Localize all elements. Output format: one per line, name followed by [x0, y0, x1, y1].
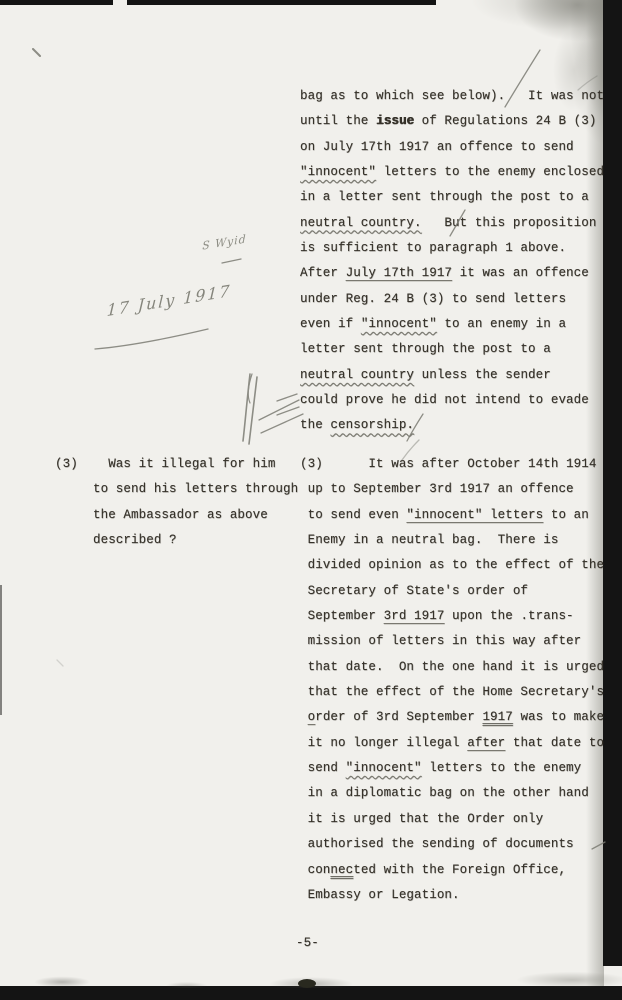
question-3-column: (3) Was it illegal for him to send his l… — [55, 452, 298, 553]
typed-line: to send even "innocent" letters to an — [300, 503, 604, 528]
typed-line: to send his letters through — [55, 477, 298, 502]
typed-line: divided opinion as to the effect of the — [300, 553, 604, 578]
typed-line: under Reg. 24 B (3) to send letters — [300, 287, 604, 312]
typed-line: neutral country. But this proposition — [300, 211, 604, 236]
typed-line: is sufficient to paragraph 1 above. — [300, 236, 604, 261]
typed-line: that the effect of the Home Secretary's — [300, 680, 604, 705]
pencil-dash-icon — [222, 259, 241, 263]
typed-line: up to September 3rd 1917 an offence — [300, 477, 604, 502]
typed-line: (3) Was it illegal for him — [55, 452, 298, 477]
pencil-margin-mark — [259, 400, 299, 420]
pencil-dash-icon — [277, 394, 297, 401]
typed-line: Enemy in a neutral bag. There is — [300, 528, 604, 553]
typed-line: the Ambassador as above — [55, 503, 298, 528]
typed-line: After July 17th 1917 it was an offence — [300, 261, 604, 286]
pencil-underline-curve — [95, 329, 208, 349]
pencil-margin-mark — [261, 414, 303, 433]
scanned-document-page: bag as to which see below). It was notun… — [0, 0, 622, 1000]
typed-line: authorised the sending of documents — [300, 832, 604, 857]
typed-line: (3) It was after October 14th 1914 — [300, 452, 604, 477]
typed-line: letter sent through the post to a — [300, 337, 604, 362]
pencil-speck-icon — [57, 660, 63, 666]
typed-line: it no longer illegal after that date to — [300, 731, 604, 756]
answer-3-column: (3) It was after October 14th 1914 up to… — [300, 452, 604, 908]
scan-left-edge — [0, 585, 2, 715]
scan-bottom-blob — [298, 979, 316, 988]
typed-line: in a diplomatic bag on the other hand — [300, 781, 604, 806]
pencil-margin-mark — [248, 374, 252, 403]
typed-line: order of 3rd September 1917 was to make — [300, 705, 604, 730]
typed-line: described ? — [55, 528, 298, 553]
typed-line: neutral country unless the sender — [300, 363, 604, 388]
scan-bottom-edge — [0, 986, 622, 1000]
typed-line: connected with the Foreign Office, — [300, 858, 604, 883]
answer-column-upper: bag as to which see below). It was notun… — [300, 84, 604, 439]
typed-line: it is urged that the Order only — [300, 807, 604, 832]
typed-line: "innocent" letters to the enemy enclosed — [300, 160, 604, 185]
handwritten-date-note: 17 July 1917 — [106, 281, 232, 320]
typed-line: that date. On the one hand it is urged — [300, 655, 604, 680]
pencil-margin-mark — [249, 377, 257, 444]
typed-line: mission of letters in this way after — [300, 629, 604, 654]
typed-line: September 3rd 1917 upon the .trans- — [300, 604, 604, 629]
typed-line: until the issue of Regulations 24 B (3) — [300, 109, 604, 134]
pencil-margin-mark — [243, 374, 250, 441]
handwritten-note: S Wyid — [202, 232, 247, 252]
typed-line: in a letter sent through the post to a — [300, 185, 604, 210]
scan-top-edge-left — [0, 0, 113, 5]
typed-line: on July 17th 1917 an offence to send — [300, 135, 604, 160]
typed-line: the censorship. — [300, 413, 604, 438]
typed-line: send "innocent" letters to the enemy — [300, 756, 604, 781]
typed-line: even if "innocent" to an enemy in a — [300, 312, 604, 337]
page-number: -5- — [296, 936, 319, 950]
pencil-speck-icon — [33, 49, 40, 56]
typed-line: Secretary of State's order of — [300, 579, 604, 604]
typed-line: bag as to which see below). It was not — [300, 84, 604, 109]
typed-line: could prove he did not intend to evade — [300, 388, 604, 413]
scan-top-edge-right — [127, 0, 436, 5]
pencil-dash-icon — [277, 407, 299, 415]
typed-line: Embassy or Legation. — [300, 883, 604, 908]
scan-right-edge — [603, 0, 622, 966]
